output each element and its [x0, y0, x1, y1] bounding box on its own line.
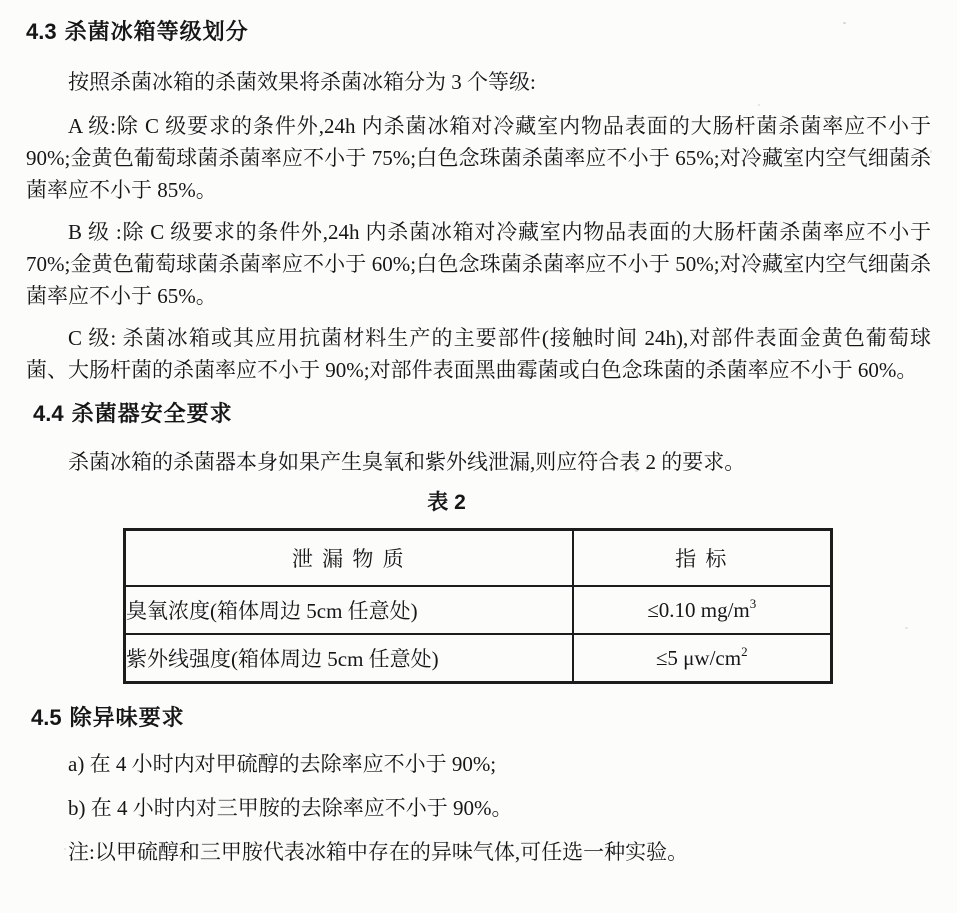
table-row-ozone: 臭氧浓度(箱体周边 5cm 任意处) ≤0.10 mg/m3: [125, 586, 832, 634]
scan-speck: [635, 470, 638, 472]
ozone-limit-exponent: 3: [750, 596, 757, 611]
scan-speck: [64, 848, 66, 850]
ozone-limit-cell: ≤0.10 mg/m3: [573, 586, 832, 634]
ozone-limit-value: ≤0.10 mg/m: [647, 598, 750, 622]
odor-item-a: a) 在 4 小时内对甲硫醇的去除率应不小于 90%;: [26, 748, 931, 780]
section-4-3-number: 4.3: [26, 19, 57, 44]
section-4-3-title: 杀菌冰箱等级划分: [65, 19, 249, 44]
section-4-5-number: 4.5: [31, 705, 62, 730]
ultraviolet-limit-exponent: 2: [741, 644, 748, 659]
grade-a-paragraph: A 级:除 C 级要求的条件外,24h 内杀菌冰箱对冷藏室内物品表面的大肠杆菌杀…: [26, 110, 931, 206]
section-4-3-intro-paragraph: 按照杀菌冰箱的杀菌效果将杀菌冰箱分为 3 个等级:: [26, 66, 931, 98]
column-header-leak-substance: 泄 漏 物 质: [125, 530, 573, 587]
section-4-3-heading: 4.3杀菌冰箱等级划分: [26, 18, 931, 46]
section-4-4-number: 4.4: [33, 401, 64, 426]
grade-b-paragraph: B 级 :除 C 级要求的条件外,24h 内杀菌冰箱对冷藏室内物品表面的大肠杆菌…: [26, 216, 931, 312]
section-4-4-body-paragraph: 杀菌冰箱的杀菌器本身如果产生臭氧和紫外线泄漏,则应符合表 2 的要求。: [26, 446, 931, 478]
odor-note: 注:以甲硫醇和三甲胺代表冰箱中存在的异味气体,可任选一种实验。: [26, 836, 931, 868]
odor-item-b: b) 在 4 小时内对三甲胺的去除率应不小于 90%。: [26, 792, 931, 824]
section-4-5-title: 除异味要求: [70, 705, 185, 730]
grade-c-paragraph: C 级: 杀菌冰箱或其应用抗菌材料生产的主要部件(接触时间 24h),对部件表面…: [26, 322, 931, 386]
ultraviolet-substance-cell: 紫外线强度(箱体周边 5cm 任意处): [125, 634, 573, 683]
scanned-document-page: 4.3杀菌冰箱等级划分 按照杀菌冰箱的杀菌效果将杀菌冰箱分为 3 个等级: A …: [0, 0, 957, 913]
ozone-substance-cell: 臭氧浓度(箱体周边 5cm 任意处): [125, 586, 573, 634]
column-header-limit: 指 标: [573, 530, 832, 587]
section-4-4-title: 杀菌器安全要求: [72, 401, 233, 426]
ultraviolet-limit-cell: ≤5 μw/cm2: [573, 634, 832, 683]
leakage-limits-table: 泄 漏 物 质 指 标 臭氧浓度(箱体周边 5cm 任意处) ≤0.10 mg/…: [123, 528, 833, 684]
section-4-5-heading: 4.5除异味要求: [26, 704, 931, 732]
section-4-4-heading: 4.4杀菌器安全要求: [26, 400, 931, 428]
scan-speck: [930, 150, 932, 153]
table-2-caption: 表 2: [26, 488, 867, 518]
table-header-row: 泄 漏 物 质 指 标: [125, 530, 832, 587]
ultraviolet-limit-value: ≤5 μw/cm: [656, 646, 741, 670]
scan-speck: [905, 627, 908, 629]
scan-speck: [843, 22, 846, 24]
scan-speck: [758, 104, 760, 106]
table-row-ultraviolet: 紫外线强度(箱体周边 5cm 任意处) ≤5 μw/cm2: [125, 634, 832, 683]
